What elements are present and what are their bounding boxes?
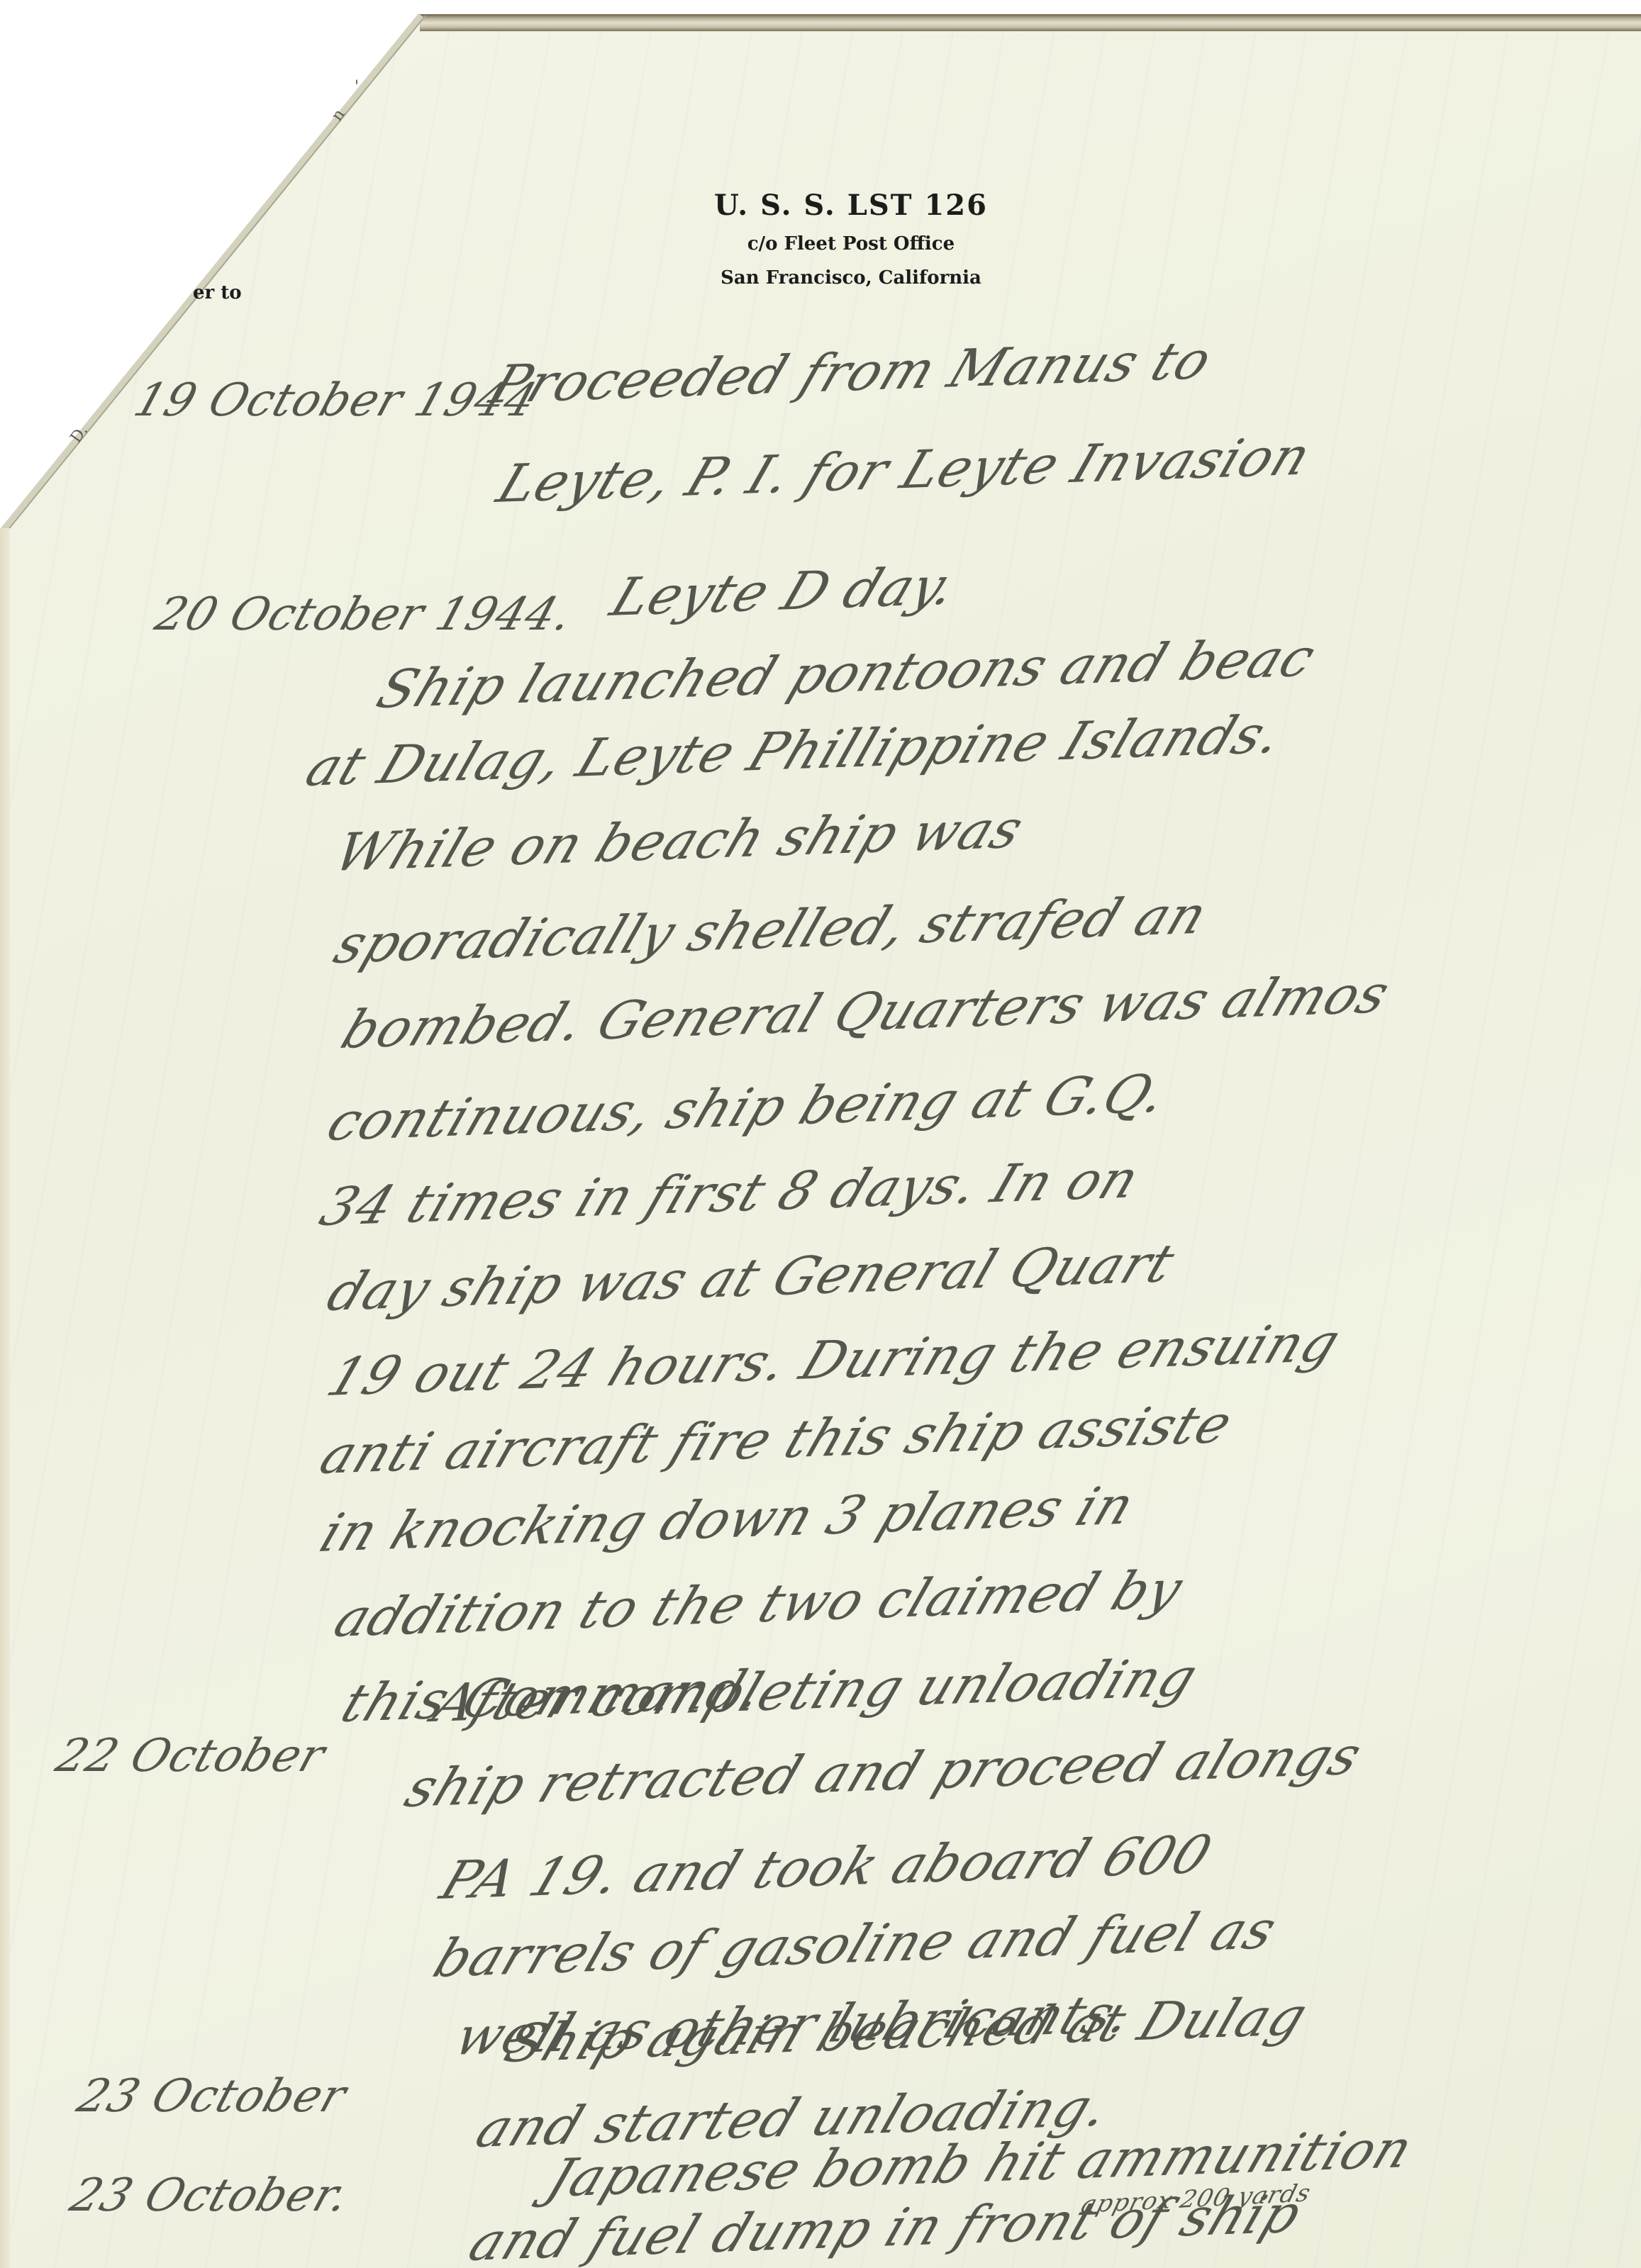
entry-date: 22 October [50, 1730, 332, 1782]
margin-mark: ' [355, 78, 359, 96]
letterhead-ship-name: U. S. S. LST 126 [638, 184, 1064, 227]
letterhead: U. S. S. LST 126 c/o Fleet Post Office S… [638, 184, 1064, 295]
letterhead-city: San Francisco, California [638, 261, 1064, 295]
page-left-edge [0, 528, 10, 2268]
page-top-edge [420, 14, 1641, 31]
letterhead-fpo: c/o Fleet Post Office [638, 227, 1064, 261]
entry-date: 23 October [71, 2070, 353, 2123]
entry-line: Leyte D day. [603, 556, 966, 628]
entry-date: 23 October. [64, 2169, 356, 2222]
letterhead-refer-to: er to [193, 282, 242, 303]
entry-date: 20 October 1944. [149, 588, 579, 641]
entry-date: 19 October 1944 [128, 374, 543, 427]
